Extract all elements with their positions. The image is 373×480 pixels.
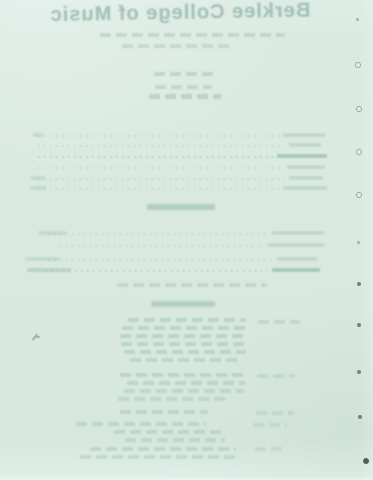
punch-hole <box>357 282 361 286</box>
bleedthrough-words-line <box>128 318 246 322</box>
bleedthrough-words-line <box>125 438 225 442</box>
bleedthrough-words-line <box>114 430 222 434</box>
bleedthrough-words-line <box>117 283 267 287</box>
punch-hole <box>355 62 361 68</box>
toc-page-number <box>31 176 45 180</box>
toc-entry-label <box>283 186 327 190</box>
bleedthrough-words-line <box>80 455 236 459</box>
toc-dotted-leader <box>45 270 268 272</box>
toc-entry-label <box>272 231 324 235</box>
bleedthrough-words-line <box>120 334 248 338</box>
toc-page-number <box>27 268 71 272</box>
toc-page-number <box>33 133 43 137</box>
toc-dotted-leader <box>38 135 280 137</box>
toc-page-number <box>25 257 59 261</box>
toc-dotted-leader <box>38 178 285 180</box>
punch-hole <box>357 370 361 374</box>
page-right-edge-shading <box>359 0 373 480</box>
punch-hole <box>356 18 359 21</box>
toc-dotted-leader <box>48 233 268 235</box>
bleedthrough-words-line <box>118 397 230 401</box>
bleedthrough-words-line <box>122 44 230 48</box>
toc-page-number <box>30 186 46 190</box>
toc-dotted-leader <box>38 145 283 147</box>
toc-dotted-leader <box>48 259 272 261</box>
bleedthrough-words-line <box>90 447 236 451</box>
bleedthrough-words-line <box>155 85 212 89</box>
bleedthrough-title-mirrored: Berklee College of Music <box>26 0 334 30</box>
punch-hole <box>363 458 369 464</box>
bleedthrough-words-line <box>256 411 294 415</box>
bleedthrough-words-line <box>255 447 285 451</box>
toc-entry-label <box>289 176 323 180</box>
toc-entry-label <box>272 268 320 272</box>
bleedthrough-words-line <box>120 373 248 377</box>
toc-entry-label <box>277 154 327 158</box>
bleedthrough-words-line <box>122 326 248 330</box>
toc-entry-label <box>283 133 325 137</box>
toc-entry-label <box>289 143 321 147</box>
bleedthrough-words-line <box>100 33 285 37</box>
bleedthrough-words-line <box>121 342 248 346</box>
toc-dotted-leader <box>38 156 274 158</box>
scanned-page: Berklee College of Music <box>0 0 373 480</box>
pencil-mark <box>31 331 41 343</box>
bleedthrough-words-line <box>149 94 221 99</box>
toc-dotted-leader <box>60 245 264 247</box>
toc-entry-label <box>277 257 317 261</box>
punch-hole <box>358 415 362 419</box>
toc-entry-label <box>268 243 324 247</box>
page-bottom-edge <box>0 476 373 480</box>
toc-page-number <box>38 231 66 235</box>
punch-hole <box>357 241 360 244</box>
punch-hole <box>356 106 362 112</box>
bleedthrough-heading-line <box>147 204 215 210</box>
toc-dotted-leader <box>38 188 279 190</box>
punch-hole <box>356 192 362 198</box>
bleedthrough-words-line <box>258 320 300 324</box>
bleedthrough-words-line <box>120 410 208 414</box>
bleedthrough-words-line <box>130 358 240 362</box>
bleedthrough-words-line <box>124 389 244 393</box>
bleedthrough-words-line <box>257 374 295 378</box>
punch-hole <box>356 149 362 155</box>
punch-hole <box>357 323 361 327</box>
bleedthrough-title-text: Berklee College of Music <box>26 0 334 28</box>
bleedthrough-words-line <box>253 423 287 427</box>
bleedthrough-heading-line <box>151 301 215 307</box>
bleedthrough-words-line <box>127 381 245 385</box>
bleedthrough-words-line <box>124 350 246 354</box>
bleedthrough-words-line <box>76 422 206 426</box>
bleedthrough-words-line <box>154 72 214 76</box>
toc-dotted-leader <box>38 167 283 169</box>
toc-entry-label <box>287 165 325 169</box>
